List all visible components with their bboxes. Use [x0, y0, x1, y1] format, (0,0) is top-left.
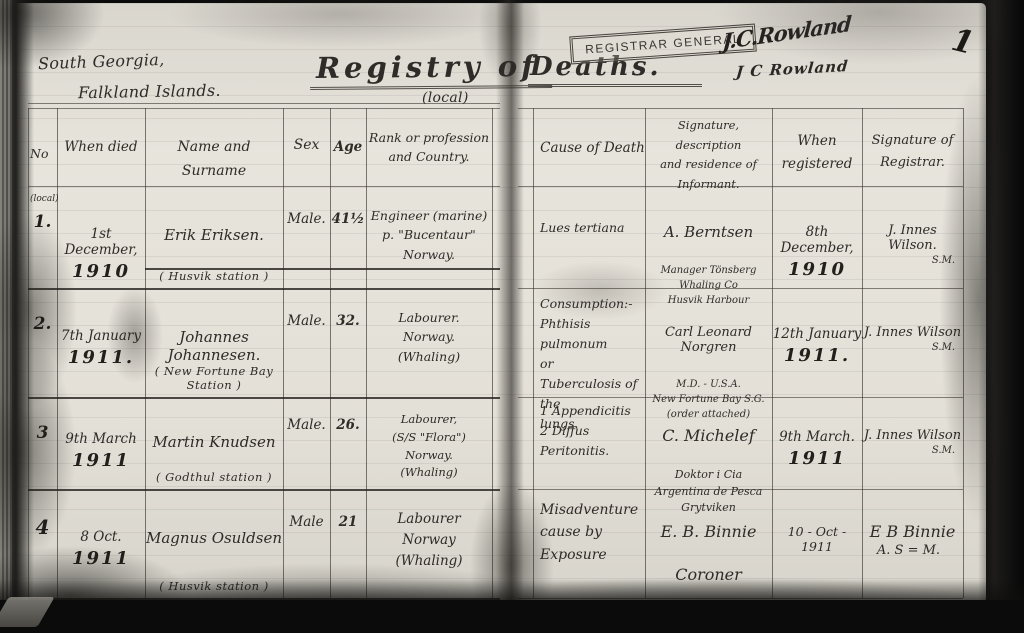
- registrar-signature: J. Innes Wilson: [864, 325, 961, 340]
- when-died-year: 1911: [57, 450, 145, 471]
- cell-no: 1.: [28, 186, 57, 288]
- cell-rank: Labourer. Norway. (Whaling): [366, 288, 492, 397]
- deceased-name: Johannes Johannesen.: [168, 328, 261, 364]
- station-note: ( Godthul station ): [145, 470, 283, 484]
- cell-no: 3: [28, 397, 57, 489]
- cell-name: Erik Eriksen. ( Husvik station ): [145, 186, 283, 288]
- registered-year: 1911: [772, 448, 862, 469]
- cell-informant: E. B. Binnie Coroner: [645, 489, 772, 598]
- informant-name: C. Michelef: [645, 426, 772, 445]
- table-row: 4 8 Oct. 1911 Magnus Osuldsen ( Husvik s…: [0, 489, 1024, 598]
- cell-when-registered: 10 - Oct - 1911: [772, 489, 862, 598]
- cell-when-registered: 9th March. 1911: [772, 397, 862, 489]
- registrar-suffix: S.M.: [862, 342, 963, 353]
- cell-rank: Labourer Norway (Whaling): [366, 489, 492, 598]
- grid-line: [28, 103, 500, 104]
- deceased-name: Magnus Osuldsen: [146, 529, 282, 547]
- cell-age: 26.: [330, 397, 366, 489]
- column-header-informant: Signature, description and residence of …: [645, 108, 772, 186]
- column-header-sex: Sex: [283, 108, 330, 186]
- deceased-name: Erik Eriksen.: [164, 226, 264, 244]
- cell-age: 32.: [330, 288, 366, 397]
- cell-name: Martin Knudsen ( Godthul station ): [145, 397, 283, 489]
- place-name-line2: Falkland Islands.: [78, 81, 221, 102]
- column-header-registrar: Signature of Registrar.: [862, 108, 963, 186]
- registered-year: 1910: [772, 259, 862, 280]
- registrar-suffix: S.M.: [862, 255, 963, 266]
- registrar-signature: J. Innes Wilson: [864, 428, 961, 443]
- table-row: 2. 7th January 1911. Johannes Johannesen…: [0, 288, 1024, 397]
- column-header-rank: Rank or profession and Country.: [366, 108, 492, 186]
- when-died-date: 9th March: [65, 431, 137, 447]
- cell-name: Johannes Johannesen. ( New Fortune Bay S…: [145, 288, 283, 397]
- cell-age: 21: [330, 489, 366, 598]
- cell-when-died: 8 Oct. 1911: [57, 489, 145, 598]
- when-died-year: 1911.: [57, 347, 145, 368]
- table-row: 3 9th March 1911 Martin Knudsen ( Godthu…: [0, 397, 1024, 489]
- registered-date: 12th January: [773, 326, 862, 342]
- cell-age: 41½: [330, 186, 366, 288]
- cell-rank: Engineer (marine) p. "Bucentaur" Norway.: [366, 186, 492, 288]
- when-died-date: 1st December,: [64, 226, 137, 258]
- cell-name: Magnus Osuldsen ( Husvik station ): [145, 489, 283, 598]
- when-died-year: 1910: [57, 261, 145, 282]
- deceased-name: Martin Knudsen: [152, 433, 275, 451]
- registered-year: 1911.: [772, 345, 862, 366]
- cell-when-died: 1st December, 1910: [57, 186, 145, 288]
- cell-informant: Carl Leonard Norgren M.D. - U.S.A. New F…: [645, 288, 772, 397]
- registrar-suffix: A. S = M.: [862, 543, 963, 558]
- cell-cause: 1 Appendicitis 2 Diffus Peritonitis.: [533, 397, 645, 489]
- cell-sex: Male: [283, 489, 330, 598]
- header-no-label: No: [30, 146, 48, 161]
- cell-cause: Lues tertiana: [533, 186, 645, 288]
- cell-registrar: E B Binnie A. S = M.: [862, 489, 963, 598]
- registrar-suffix: S.M.: [862, 445, 963, 456]
- registered-date: 10 - Oct - 1911: [788, 524, 847, 554]
- registrar-signature: J. Innes Wilson.: [888, 223, 937, 253]
- informant-name: E. B. Binnie: [645, 522, 772, 541]
- cell-registrar: J. Innes Wilson S.M.: [862, 397, 963, 489]
- page-title-left: Registry of: [310, 49, 552, 90]
- registry-photo: South Georgia, Falkland Islands. Registr…: [0, 0, 1024, 633]
- cell-when-died: 7th January 1911.: [57, 288, 145, 397]
- registered-date: 8th December,: [780, 224, 853, 256]
- column-header-age: Age: [330, 108, 366, 186]
- cell-no: 4: [28, 489, 57, 598]
- cell-informant: C. Michelef Doktor i Cia Argentina de Pe…: [645, 397, 772, 489]
- informant-name: Carl Leonard Norgren: [645, 325, 772, 355]
- cell-registrar: J. Innes Wilson S.M.: [862, 288, 963, 397]
- registrar-signature: E B Binnie: [870, 522, 956, 541]
- cell-when-died: 9th March 1911: [57, 397, 145, 489]
- photo-background: [0, 600, 1024, 633]
- registered-date: 9th March.: [779, 429, 855, 445]
- cell-when-registered: 8th December, 1910: [772, 186, 862, 288]
- cell-cause: Misadventure cause by Exposure: [533, 489, 645, 598]
- station-note: ( New Fortune Bay Station ): [145, 364, 283, 392]
- cell-sex: Male.: [283, 288, 330, 397]
- cell-sex: Male.: [283, 186, 330, 288]
- column-header-no: No (local): [28, 108, 57, 186]
- when-died-year: 1911: [57, 548, 145, 569]
- cell-cause: Consumption:- Phthisis pulmonum or Tuber…: [533, 288, 645, 397]
- cell-registrar: J. Innes Wilson. S.M.: [862, 186, 963, 288]
- cell-when-registered: 12th January 1911.: [772, 288, 862, 397]
- column-header-name: Name and Surname: [145, 108, 283, 186]
- station-note: ( Husvik station ): [145, 579, 283, 593]
- cell-rank: Labourer, (S/S "Flora") Norway. (Whaling…: [366, 397, 492, 489]
- informant-name: A. Berntsen: [645, 223, 772, 241]
- column-header-when-registered: When registered: [772, 108, 862, 186]
- cell-no: 2.: [28, 288, 57, 397]
- table-header-row: No (local) When died Name and Surname Se…: [0, 108, 1024, 186]
- when-died-date: 8 Oct.: [80, 529, 121, 545]
- station-note: ( Husvik station ): [145, 269, 283, 283]
- table-row: 1. 1st December, 1910 Erik Eriksen. ( Hu…: [0, 186, 1024, 288]
- cell-informant: A. Berntsen Manager Tönsberg Whaling Co …: [645, 186, 772, 288]
- column-header-when-died: When died: [57, 108, 145, 186]
- when-died-date: 7th January: [61, 328, 141, 344]
- informant-detail: Coroner: [645, 563, 772, 587]
- cell-sex: Male.: [283, 397, 330, 489]
- column-header-cause: Cause of Death: [533, 108, 645, 186]
